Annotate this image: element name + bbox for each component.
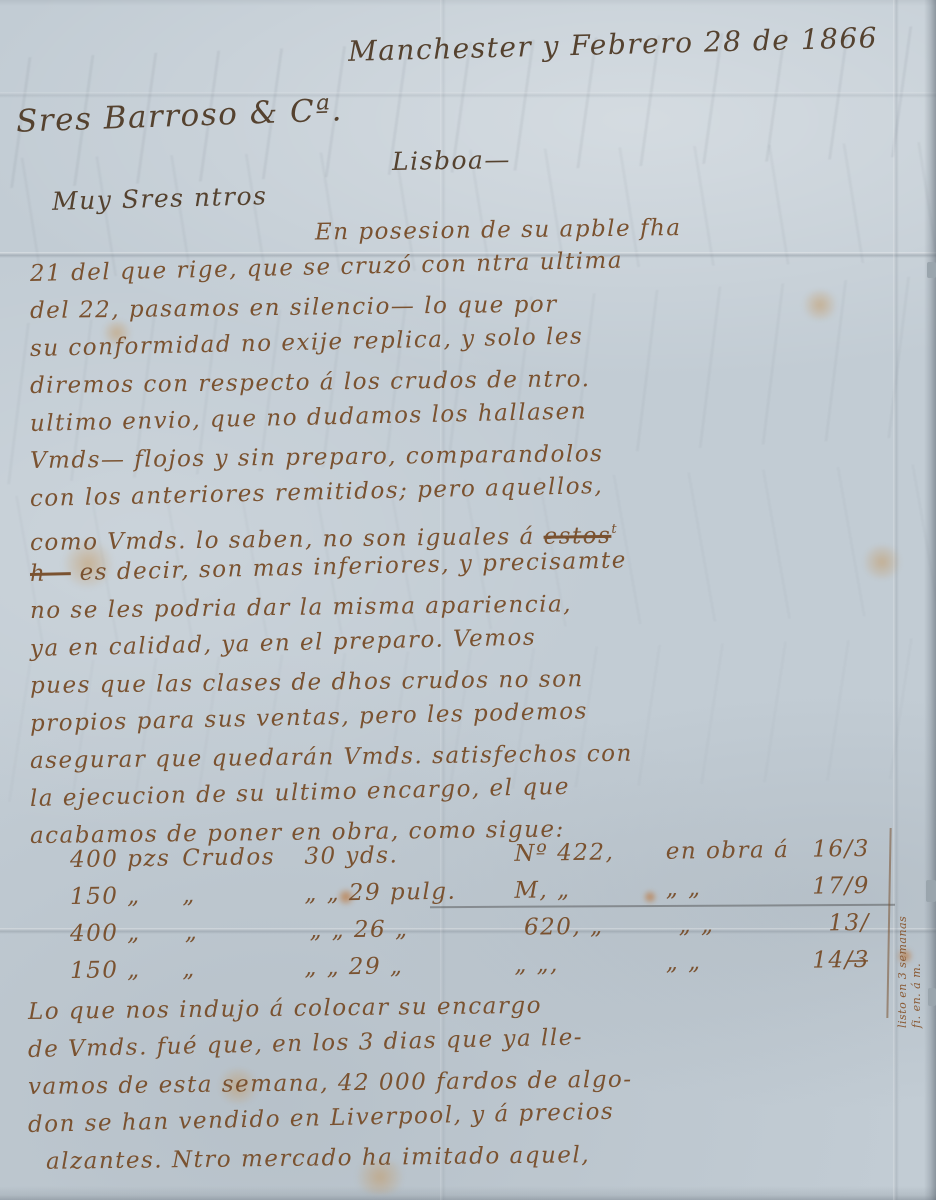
recipient-city: Lisboa— <box>392 145 511 176</box>
order-note: „ „ <box>666 943 813 982</box>
body-paragraph-2: Lo que nos indujo á colocar su encargo d… <box>28 994 908 1182</box>
order-number: „ „, <box>514 945 666 984</box>
salutation: Muy Sres ntros <box>52 181 268 216</box>
order-length: „ „ 29 „ <box>304 947 514 987</box>
order-number: Nº 422, <box>514 834 666 873</box>
struck-word: h— <box>30 560 71 587</box>
margin-note-line: fi. en. á m. <box>910 858 924 1028</box>
order-number: 620, „ <box>524 908 679 947</box>
body-paragraph-1: En posesion de su apble fha 21 del que r… <box>30 218 908 856</box>
order-qty: 150 „ <box>0 877 183 917</box>
order-item: „ <box>184 913 309 952</box>
order-table: 400 pzs Crudos 30 yds. Nº 422, en obra á… <box>0 843 936 991</box>
body-line-text: es decir, son mas inferiores, y precisam… <box>71 547 628 586</box>
order-qty: 400 pzs <box>0 840 183 880</box>
order-length: 30 yds. <box>304 836 514 876</box>
order-note: „ „ <box>678 905 828 944</box>
order-length: „ „ 26 „ <box>309 910 524 950</box>
order-length: „ „ 29 pulg. <box>304 873 514 913</box>
order-item: „ <box>182 876 305 915</box>
order-qty: 400 „ <box>0 914 185 954</box>
edge-notch <box>927 262 936 278</box>
order-number: M, „ <box>514 871 666 910</box>
insertion-mark: t <box>611 522 618 537</box>
order-item: Crudos <box>182 839 305 878</box>
scanned-letter: Manchester y Febrero 28 de 1866 Sres Bar… <box>0 0 936 1200</box>
fold-crease <box>0 92 936 98</box>
order-item: „ <box>182 950 305 989</box>
order-note: „ „ <box>666 869 813 908</box>
order-qty: 150 „ <box>0 951 183 991</box>
order-note: en obra á <box>666 832 813 871</box>
